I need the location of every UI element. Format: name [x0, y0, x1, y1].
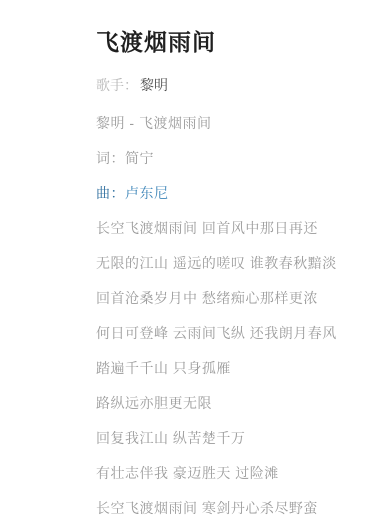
lyric-line: 词：简宁: [96, 141, 374, 176]
lyric-line: 曲：卢东尼: [96, 176, 374, 211]
lyrics-page: 飞渡烟雨间 歌手：黎明 黎明 - 飞渡烟雨间词：简宁曲：卢东尼长空飞渡烟雨间 回…: [0, 0, 384, 532]
song-title: 飞渡烟雨间: [96, 28, 374, 56]
lyric-line: 何日可登峰 云雨间飞纵 还我朗月春风: [96, 316, 374, 351]
lyric-line: 回首沧桑岁月中 愁绪痴心那样更浓: [96, 281, 374, 316]
artist-label: 歌手：: [96, 77, 138, 93]
artist-name: 黎明: [140, 77, 168, 93]
artist-row: 歌手：黎明: [96, 75, 374, 95]
lyrics-block: 黎明 - 飞渡烟雨间词：简宁曲：卢东尼长空飞渡烟雨间 回首风中那日再还无限的江山…: [96, 106, 374, 526]
lyric-line: 长空飞渡烟雨间 寒剑丹心杀尽野蛮: [96, 491, 374, 526]
lyric-line: 无限的江山 遥远的嗟叹 谁教春秋黯淡: [96, 246, 374, 281]
composer-label: 曲：: [96, 185, 125, 201]
lyric-line: 路纵远亦胆更无限: [96, 386, 374, 421]
lyric-line: 黎明 - 飞渡烟雨间: [96, 106, 374, 141]
lyric-line: 踏遍千千山 只身孤雁: [96, 351, 374, 386]
composer-link[interactable]: 卢东尼: [125, 185, 169, 201]
lyric-line: 回复我江山 纵苦楚千万: [96, 421, 374, 456]
lyric-line: 长空飞渡烟雨间 回首风中那日再还: [96, 211, 374, 246]
lyric-line: 有壮志伴我 豪迈胜天 过险滩: [96, 456, 374, 491]
